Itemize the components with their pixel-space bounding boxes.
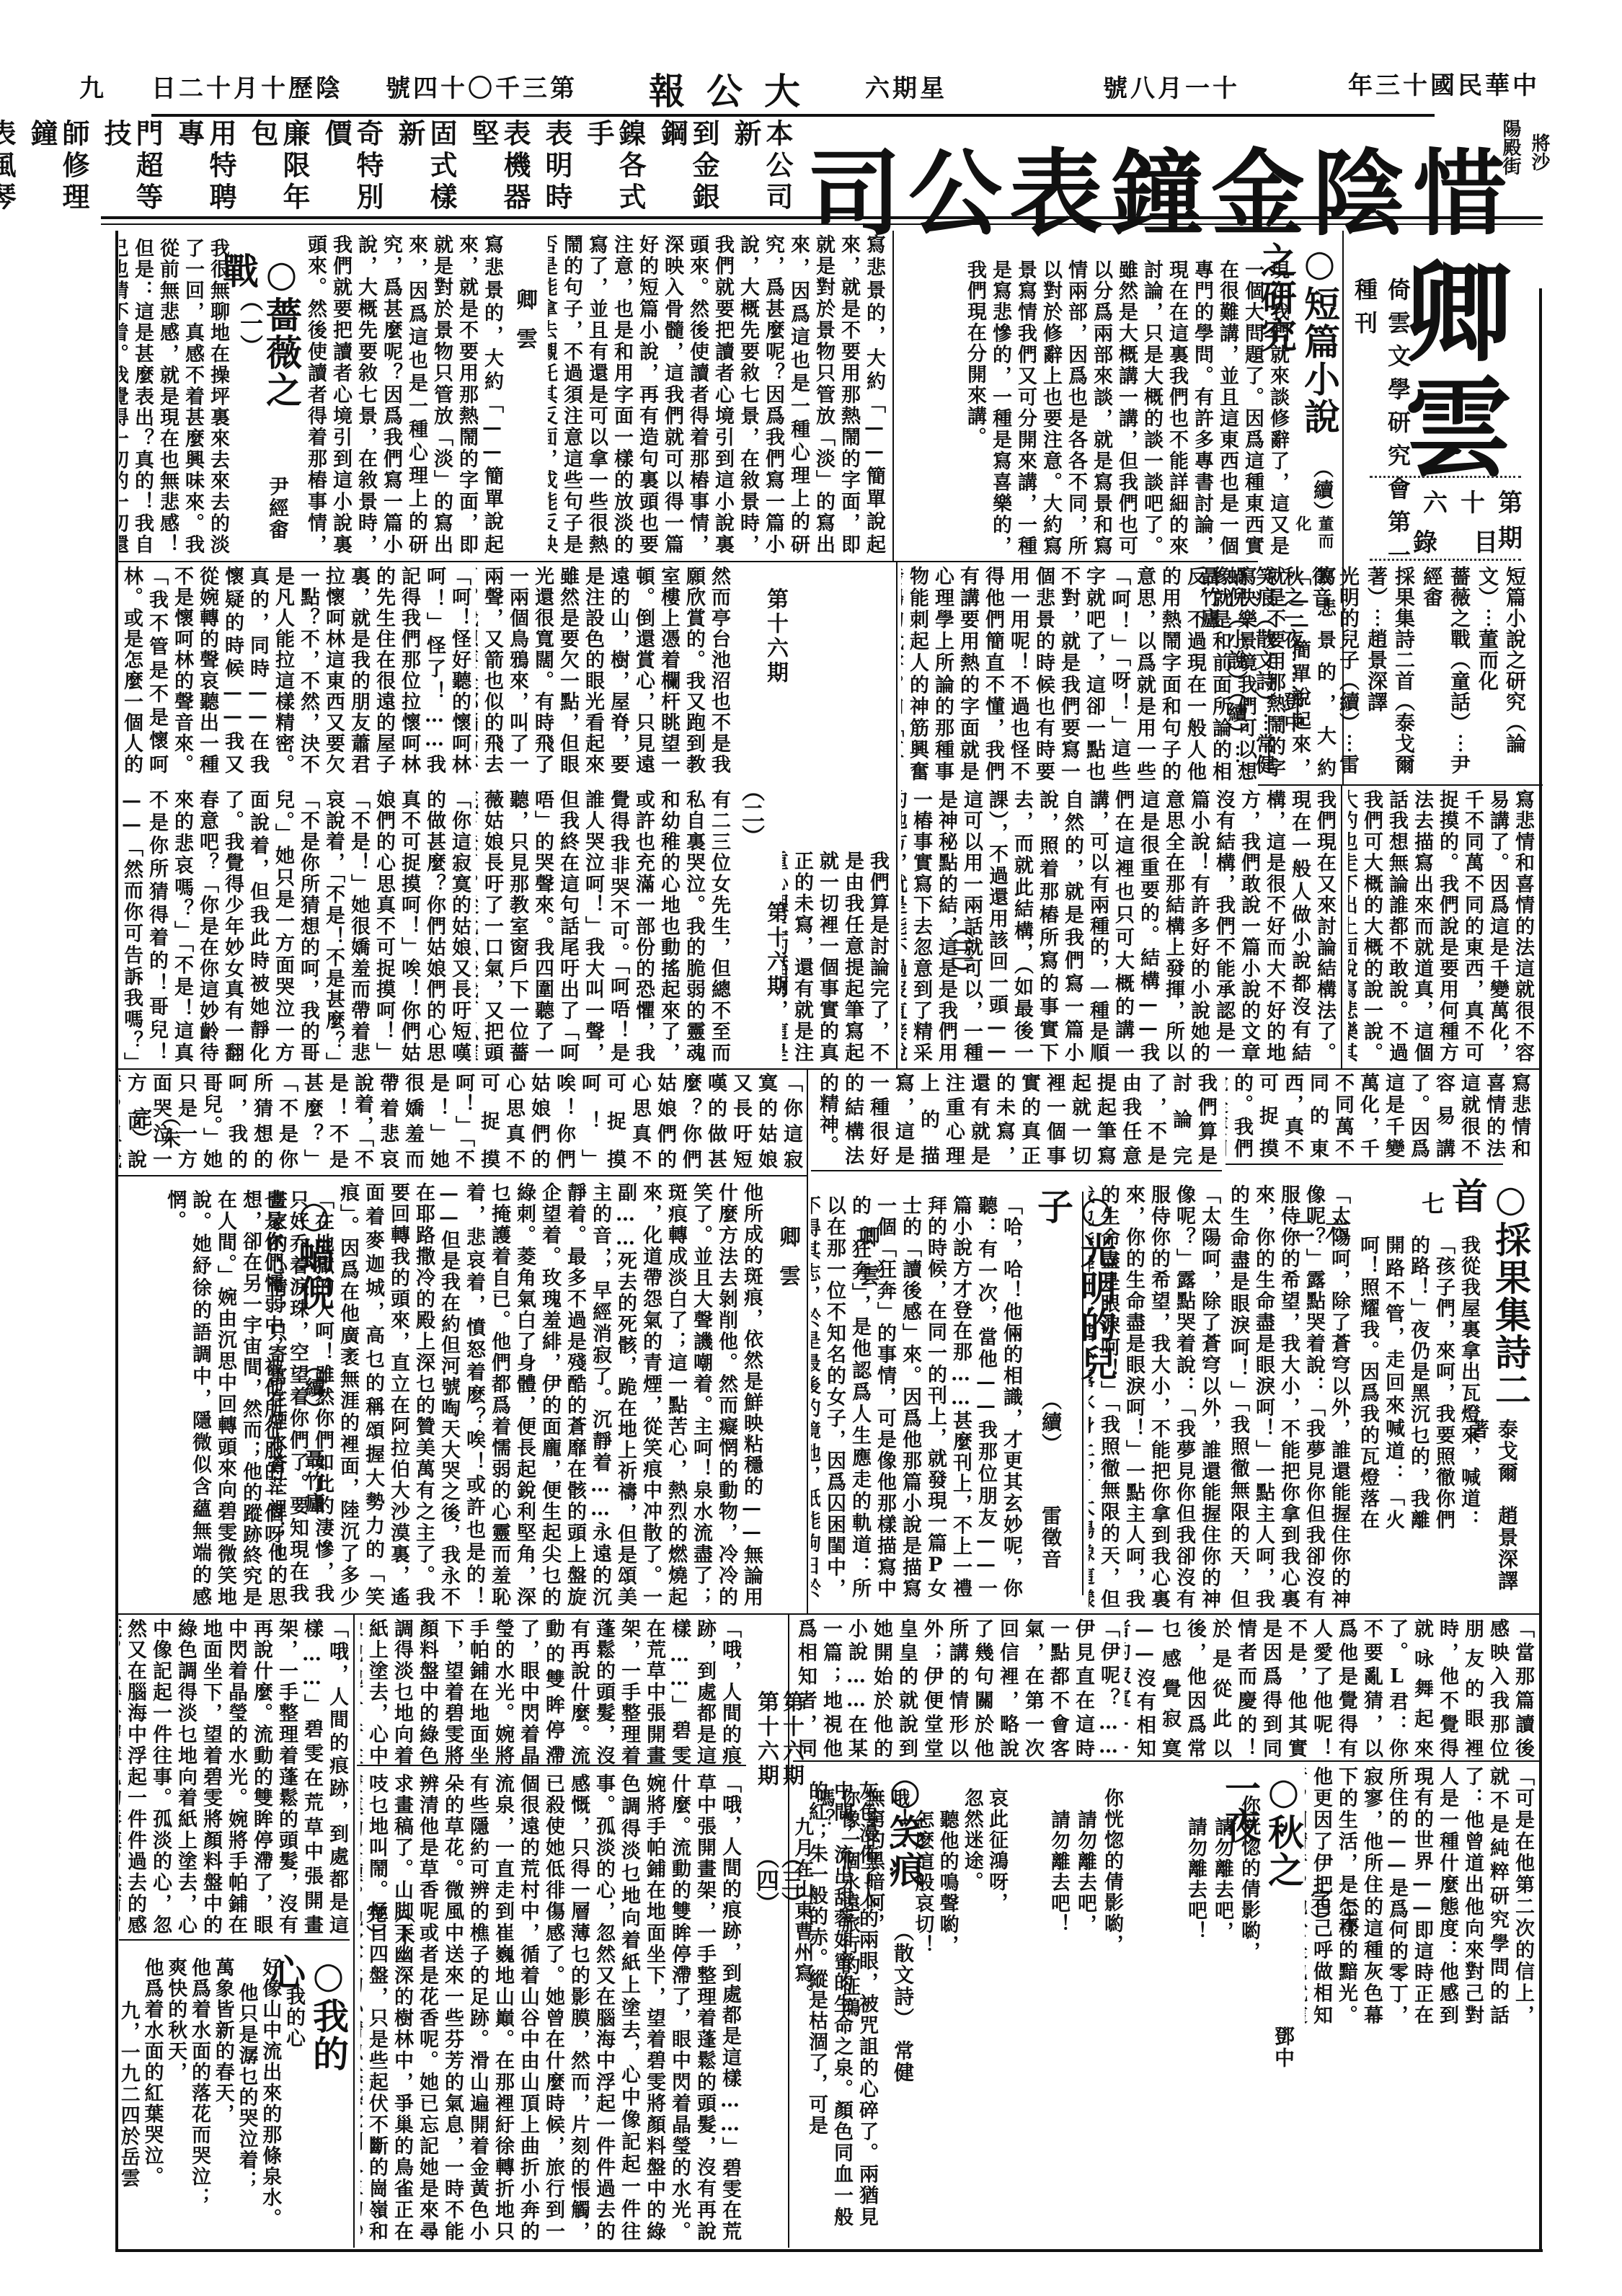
masthead-date: 十一月八號 [1103, 68, 1240, 104]
article-text: 我很無聊地在操坪裏來去來去的淡了一回，真感不着甚麼興味來。我從前無悲感，就是現在… [119, 238, 231, 555]
article-author: 尹經畬 [263, 476, 292, 555]
poem-line: 好像山中流出來的那條泉水。 [261, 1957, 283, 2238]
issue-tag: 第十六期 [750, 1690, 781, 1791]
article-text-continued: 「哦，人間的痕跡，到處都是這樣……」碧雯在荒草中張開畫架，一手整理着蓬鬆的頭髮，… [119, 1618, 350, 1936]
article-text-continued: 寫悲情和喜情的法這就很不容易講了。因爲這是千變萬化，千不同萬不同的東西，真不可捉… [1226, 1073, 1532, 1159]
article-status: （未完） [360, 1903, 418, 1968]
article-short-story-study: ○短篇小說之研究 （續） 董而化 現在我們就來談修辭了，這又是一個大問題了。因爲… [898, 231, 1341, 561]
supplement-name: 卿雲 [1388, 256, 1510, 494]
article-text: 灰色漫佈了人的兩眼，被咒詛的心碎了。兩猶見中間，流出甜蓉如蜜的生命之泉。顏色同血… [807, 1781, 879, 2228]
article-text-continued: 然而亭台池沼也不是我願欣賞的。我又跑到教室樓上憑着欄杆眺望一頓。倒還賞心，只見遠… [476, 566, 732, 775]
poem-line: 萬象皆新的春天， [213, 1957, 236, 2238]
poem-line: 我的心 [284, 1957, 306, 2267]
col-divider-r2b [1341, 784, 1342, 1069]
poem-line: 聽他的鳴聲喲， [938, 1788, 960, 2040]
article-text: 現在我們就來談修辭了，這又是一個大問題了。因爲這種東西實在很難講，並且這東西也是… [898, 260, 1290, 557]
article-text: 「在地獄的人呵！雖然你們如此的淒慘，我只好乔着淚珠，空望着你們了。要知現在我也是… [238, 1189, 335, 1604]
toc-label: 目錄 [1413, 523, 1534, 558]
ad-col: 表機器堅 [467, 119, 531, 220]
article-text-continued: 「哦，人間的痕跡，到處都是這樣……」碧雯在荒草中張開畫架，一手整理着蓬鬆的頭髮，… [360, 1618, 743, 1766]
col-divider-r3 [807, 1068, 808, 1614]
article-part: （二） [735, 779, 768, 836]
section-tag: 卿雲 [851, 1225, 882, 1355]
masthead-rule [151, 114, 1435, 117]
article-text-continued: 「當那篇讀後感映入我那位朋友的眼裡時，他不覺得就咏舞起來了。L君：你不要亂猜，以… [1125, 1618, 1535, 1759]
col-divider-r4b [353, 1613, 355, 2248]
article-title: ○光明的兒子 [1031, 1188, 1117, 1390]
ad-col: 到金銀鋼 [656, 119, 719, 220]
poem-lines: 你恍惚的倩影喲， 請勿離去吧， 請勿離去吧！ [1125, 1795, 1262, 2004]
article-author: 常健 [888, 2040, 917, 2091]
article-text-continued: 寫悲情和喜情的法這就很不容易講了。因爲這是千變萬化，千不同萬不同的東西，真不可捉… [1348, 789, 1535, 1063]
article-my-heart: ○我的心 我的心 好像山中流出來的那條泉水。 他只是潺乜的哭泣着； 萬象皆新的春… [119, 1939, 350, 2242]
masthead-weekday: 星期六 [865, 68, 947, 104]
article-text-continued: 寫快樂景境我們可以想像就是和前面所論的相反，不過現在一般人他的用熱鬧字面和句子的… [901, 566, 1258, 782]
poem-line: 請勿離去吧！ [1183, 1795, 1208, 2026]
poem-line: 請勿離去吧， [1210, 1795, 1235, 2026]
masthead-paper-name: 大公報 [649, 63, 822, 115]
poem-line: 他只是潺乜的哭泣着； [237, 1957, 260, 2264]
poem-line: 你恍惚的倩影喲， [1099, 1788, 1125, 2004]
row-divider-1 [115, 561, 1258, 562]
ad-location: 將沙 [1528, 133, 1550, 198]
advertisement: 將沙 陽殿街 惜陰金鐘表公司 本公司新 到金銀鋼 鎳各式手 表明時 表機器堅 固… [72, 119, 1550, 223]
article-author: 董而化 [1292, 515, 1337, 559]
ad-col: 固式樣新 [394, 119, 457, 220]
poem-line: 你恍惚的倩影喲， [1236, 1795, 1262, 2004]
article-text-continued: 我們算是討論完了，不是由我任意提起筆寫起就一切裡一個事實的真正的未寫，還有就是注… [811, 1073, 1218, 1166]
divider [793, 1760, 1125, 1762]
masthead-lunar-date: 陰歷十月十二日 [151, 68, 343, 104]
ad-col: 門超等技 [99, 119, 163, 220]
divider [357, 1765, 746, 1766]
article-status: （未完） [1305, 1889, 1362, 1954]
article-fruit-poems: 寫悲情和喜情的法這就很不容易講了。因爲這是千變萬化，千不同萬不同的東西，真不可捉… [1226, 1073, 1535, 1610]
poem-date: 九，一九二四於岳雲 [119, 1957, 141, 2282]
article-part: （三） [944, 916, 978, 973]
poem-lines-continued: 你恍惚的倩影喲， 請勿離去吧， 請勿離去吧！ [1016, 1788, 1125, 2004]
article-translator: 趙景深譯 [1492, 1505, 1521, 1592]
ad-col: 用特聘專 [173, 119, 236, 220]
article-title: ○笑痕 [883, 1770, 926, 1921]
row-divider-2 [115, 1068, 1539, 1070]
wavy-rule-2 [1370, 559, 1521, 561]
divider [811, 1170, 1222, 1171]
article-text-continued: 「你這寂寞的姑娘又長吁短嘆的做甚麼？你們姑娘們的心思真不可捉摸呵！」唉！你們姑娘… [119, 1073, 804, 1170]
ad-bottom-rule-2 [101, 223, 1543, 225]
article-text-continued: 「你這寂寞的姑娘又長吁短嘆的做甚麼？你們姑娘們的心思真不可捉摸呵！」唉！你們姑娘… [119, 789, 472, 1063]
poem-lines: 我的心 好像山中流出來的那條泉水。 他只是潺乜的哭泣着； 萬象皆新的春天， 他爲… [119, 1957, 306, 2238]
ad-col: 本公司新 [730, 119, 793, 220]
ad-col: 廉限年包 [247, 119, 310, 220]
divider [1125, 1760, 1539, 1762]
divider [1226, 1163, 1503, 1165]
article-text: 他所成的斑痕，依然是鮮映粘穩的——無論用什麼方法去剝削他。然而癡惘的動物，冷冷的… [339, 1182, 764, 1608]
section-tag: 卿雲 [771, 1225, 803, 1355]
article-author: 鄧中 [1269, 2026, 1298, 2076]
masthead: 九 陰歷十月十二日 第三千〇十四號 大公報 星期六 十一月八號 中華民國十三年 [79, 68, 1550, 105]
toc-entry[interactable]: 採果集詩二首（泰戈爾著）⋯趙景深譯 [1362, 566, 1417, 779]
article-text-continued: 寫悲景的，大約「——簡單說起來，就是不要用那熱鬧的字面，即就是對於景物只管放「淡… [1262, 566, 1337, 779]
masthead-issue-number: 第三千〇十四號 [386, 68, 577, 104]
ad-col: 奇特別價 [320, 119, 384, 220]
poem-text: 我從我屋裏拿出瓦燈來，喊道：「孩子們，來呵，我要照徹你們的路！」夜仍是黑沉乜的，… [1355, 1235, 1481, 1530]
ad-col: 鎳各式手 [582, 119, 646, 220]
article-status: （未完） [126, 1107, 184, 1171]
issue-tag: 第十六期 [759, 588, 791, 717]
col-divider-r2 [896, 561, 898, 1069]
ad-col: 師修理鐘 [26, 119, 89, 220]
supplement-title-block: 倚雲文學研究會第一種刊 卿雲 第十六期 目錄 短篇小說之研究（論文）⋯董而化 薔… [1348, 227, 1535, 782]
masthead-roc-year: 中華民國十三年 [1348, 66, 1540, 101]
article-text-continued: 我們算是討論完了，不是由我任意提起筆寫起就一切裡一個事實的真正的未寫，還有就是注… [782, 851, 890, 1063]
article-text-continued: 有二三位女先生，但總不至而私自裏哭泣。我的脆弱的靈魂和幼稚的心地也動搖起來了，或… [476, 789, 732, 1063]
article-text: 「哈，哈！他倆的相識，才更其玄妙呢，你聽：有一次，當他——我那位朋友——一篇小說… [811, 1195, 1024, 1599]
row-divider-toc [1258, 784, 1543, 786]
article-part: （一） [234, 288, 267, 346]
article-text-continued: 「呵！怪好聽的懷呵林呵！」怪了！……我記得我們那位拉懷呵林的先生住在很遠的屋子裏… [119, 566, 472, 775]
wavy-rule [1370, 476, 1521, 478]
article-part: （四） [750, 1845, 783, 1896]
poem-line: 請勿離去吧！ [1046, 1788, 1071, 2026]
article-note: （續） [1308, 458, 1337, 515]
article-autumn-night: ○秋之一夜 鄧中 你恍惚的倩影喲， 請勿離去吧， 請勿離去吧！ [1125, 1766, 1305, 2228]
article-text-continued: 「哦，人間的痕跡，到處都是這樣……」碧雯在荒草中張開畫架，一手整理着蓬鬆的頭髮，… [360, 1773, 743, 2242]
article-author: 雷徵音 [1036, 1505, 1065, 1584]
section-tag: 卿雲 [508, 288, 540, 447]
row-divider-3 [115, 1613, 1539, 1615]
poem-line: 爽快的秋天， [167, 1957, 189, 2238]
toc-entry[interactable]: 薔薇之戰（童話）⋯尹經畬 [1418, 566, 1473, 779]
poem-line: 他爲着水面的紅葉哭泣。 [143, 1957, 165, 2238]
frame-right [1539, 288, 1542, 2249]
poem-number: 一七 [1415, 1192, 1481, 1235]
toc-entry[interactable]: 短篇小說之研究（論文）⋯董而化 [1473, 566, 1528, 779]
toc: 短篇小說之研究（論文）⋯董而化 薔薇之戰（童話）⋯尹經畬 採果集詩二首（泰戈爾著… [1355, 566, 1528, 782]
poem-line: 請勿離去吧， [1073, 1788, 1098, 2026]
col-divider-r1a [892, 231, 894, 562]
masthead-page: 九 [79, 68, 107, 104]
poem-line: 忽然迷途。 [963, 1788, 985, 2018]
ad-bottom-rule [101, 216, 1543, 219]
article-rose-war: ○薔薇之戰 （一） 尹經畬 我很無聊地在操坪裏來去來去的淡了一回，真感不着甚麼興… [119, 231, 303, 561]
article-text-continued: 寫悲景的，大約「——簡單說起來，就是不要用那熱鬧的字面，即就是對於景物只管放「淡… [303, 234, 505, 555]
divider [119, 1939, 350, 1941]
frame-bottom [115, 2249, 1543, 2252]
poem-line: 他爲着水面的落花而哭泣； [190, 1957, 212, 2238]
ad-columns: 本公司新 到金銀鋼 鎳各式手 表明時 表機器堅 固式樣新 奇特別價 廉限年包 用… [72, 119, 793, 220]
frame-left [115, 231, 118, 2249]
poem-text: 「太陽呵，除了蒼穹以外，誰還能握住你的神像呢？」露點哭着說：「我夢見你但我卻沒有… [1226, 1184, 1352, 1610]
ad-col: 表明時 [541, 119, 572, 220]
ad-col: 表風琴各 [0, 119, 16, 220]
article-text-continued: 寫悲景的，大約「——簡單說起來，就是不要用那熱鬧的字面，即就是對於景物只管放「淡… [548, 234, 887, 555]
article-text-continued: 「伊呢？……伊見直在這時一點都不會客氣，在第一次回信裡，略說了幾句關於他所講的情… [793, 1618, 1121, 1759]
article-note: （續） [1036, 1390, 1065, 1448]
article-note: （散文詩） [888, 1921, 917, 2029]
divider [115, 1175, 807, 1176]
poem-line: 哀此征鴻呀， [988, 1788, 1009, 2018]
